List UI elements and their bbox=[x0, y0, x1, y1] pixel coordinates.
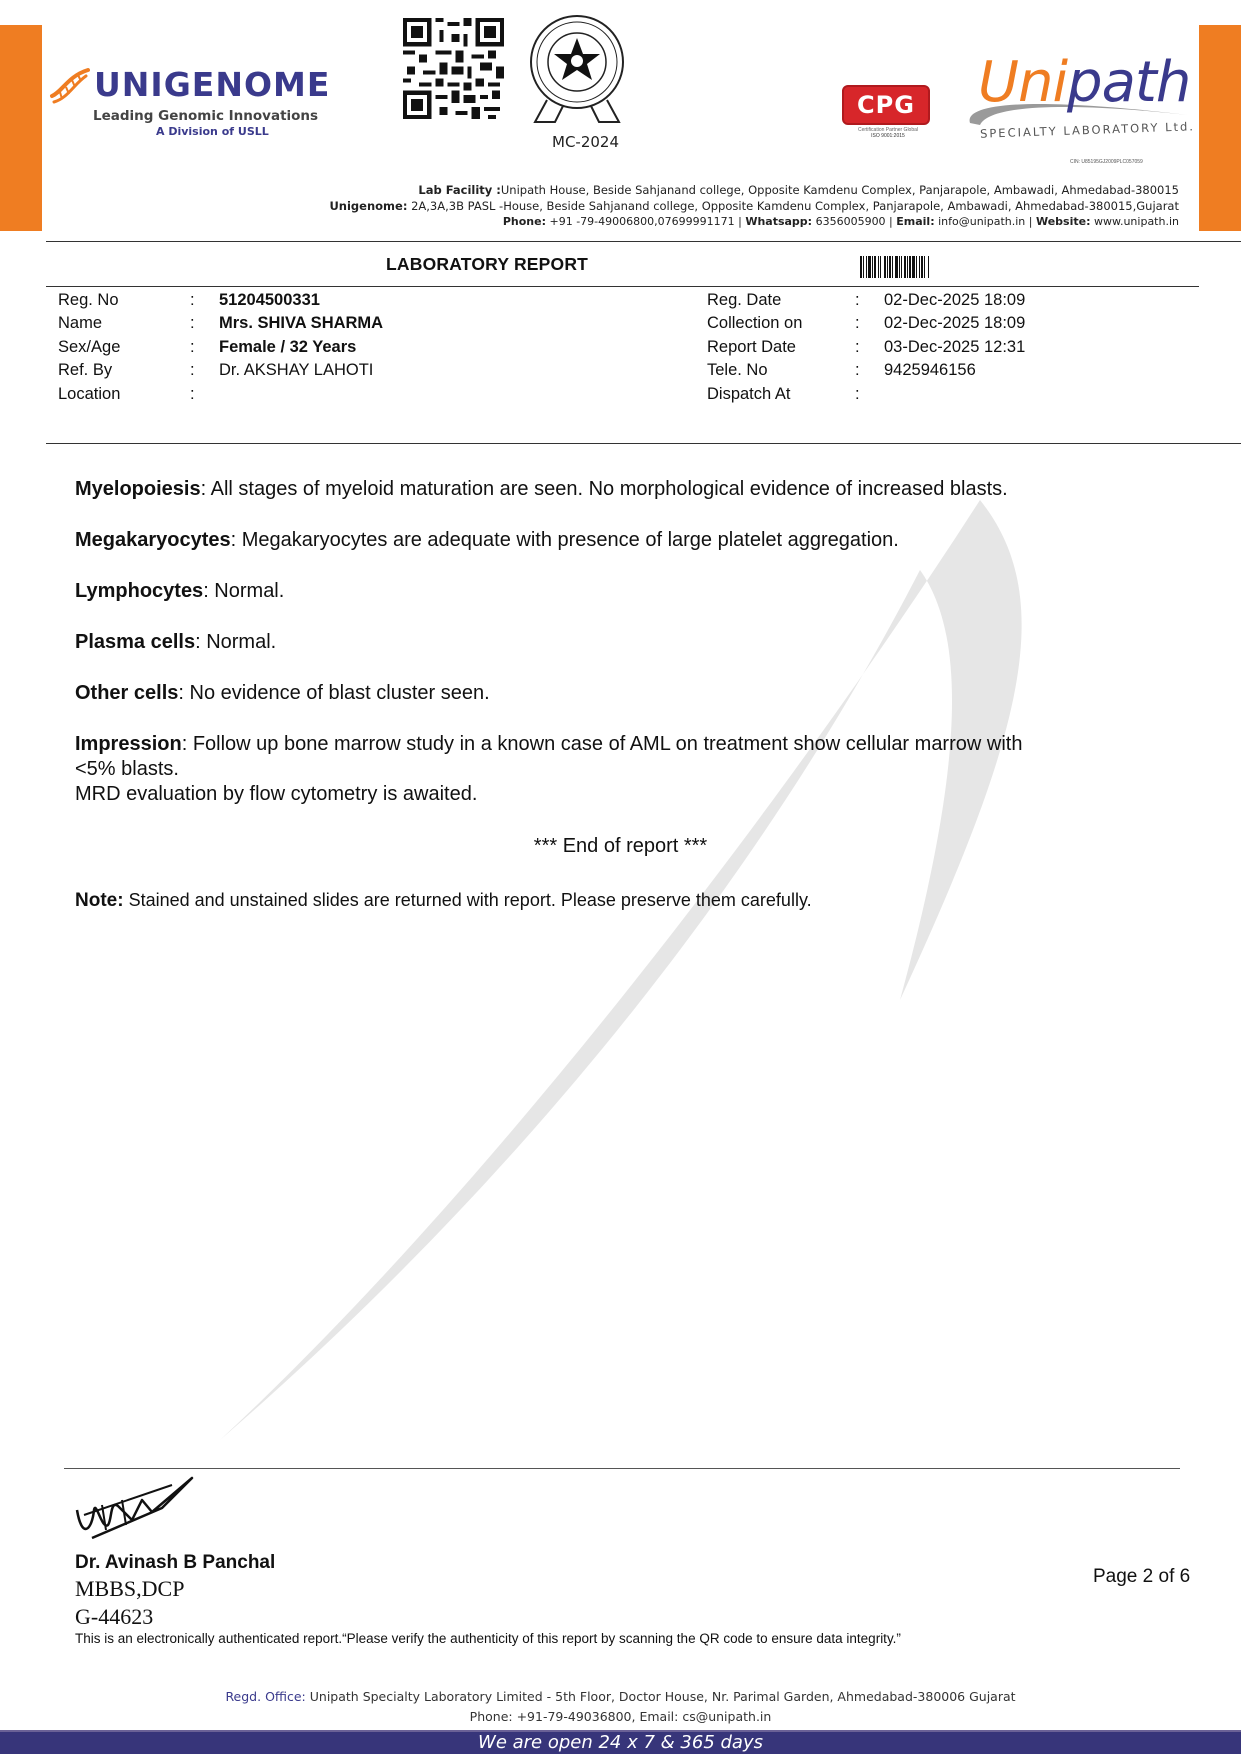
website-label: Website: bbox=[1036, 215, 1091, 228]
report-title: LABORATORY REPORT bbox=[386, 254, 588, 275]
impression-line2: <5% blasts. bbox=[75, 757, 179, 782]
footer-contact: Phone: +91-79-49036800, Email: cs@unipat… bbox=[0, 1709, 1241, 1724]
signatory-registration: G-44623 bbox=[75, 1604, 153, 1630]
cpg-logo: CPG Certification Partner Global ISO 900… bbox=[842, 85, 934, 139]
info-colon: : bbox=[855, 361, 860, 380]
unigenome-division: A Division of USLL bbox=[156, 125, 348, 138]
barcode-icon bbox=[860, 256, 978, 278]
divider bbox=[46, 443, 1241, 444]
note-text: Stained and unstained slides are returne… bbox=[124, 890, 812, 910]
accreditation-seal-icon bbox=[525, 12, 630, 127]
left-orange-band bbox=[0, 25, 42, 231]
info-value: Dr. AKSHAY LAHOTI bbox=[219, 361, 373, 380]
info-value: Mrs. SHIVA SHARMA bbox=[219, 314, 383, 333]
info-label: Location bbox=[58, 385, 120, 404]
impression-text: : Follow up bone marrow study in a known… bbox=[182, 733, 1023, 755]
info-colon: : bbox=[190, 314, 195, 333]
signatory-degree: MBBS,DCP bbox=[75, 1576, 184, 1602]
banner-text: We are open 24 x 7 & 365 days bbox=[0, 1732, 1241, 1754]
info-colon: : bbox=[190, 361, 195, 380]
info-label: Report Date bbox=[707, 338, 796, 357]
divider bbox=[46, 241, 1241, 242]
finding-label: Myelopoiesis bbox=[75, 478, 201, 500]
finding-label: Lymphocytes bbox=[75, 580, 203, 602]
cpg-label: CPG bbox=[842, 85, 930, 125]
finding-text: : Normal. bbox=[195, 631, 276, 653]
info-label: Reg. No bbox=[58, 291, 119, 310]
info-colon: : bbox=[855, 314, 860, 333]
info-colon: : bbox=[190, 338, 195, 357]
unipath-uni: Uni bbox=[978, 50, 1067, 115]
registered-office: Regd. Office: Unipath Specialty Laborato… bbox=[0, 1689, 1241, 1704]
info-label: Sex/Age bbox=[58, 338, 120, 357]
signatory-name: Dr. Avinash B Panchal bbox=[75, 1552, 275, 1574]
unigenome-logo: UNIGENOME Leading Genomic Innovations A … bbox=[48, 62, 348, 138]
signature-icon bbox=[72, 1470, 202, 1550]
authentication-note: This is an electronically authenticated … bbox=[75, 1631, 901, 1646]
unigenome-address: 2A,3A,3B PASL -House, Beside Sahjanand c… bbox=[407, 199, 1179, 213]
finding-label: Other cells bbox=[75, 682, 178, 704]
finding-label: Plasma cells bbox=[75, 631, 195, 653]
info-colon: : bbox=[190, 291, 195, 310]
signature-divider bbox=[64, 1468, 1180, 1469]
unigenome-address-label: Unigenome: bbox=[329, 199, 407, 213]
note: Note: Stained and unstained slides are r… bbox=[75, 890, 812, 912]
accreditation-code: MC-2024 bbox=[552, 133, 619, 151]
info-value: 9425946156 bbox=[884, 361, 976, 380]
unigenome-brand: UNIGENOME bbox=[94, 68, 330, 101]
right-orange-band bbox=[1199, 25, 1241, 231]
info-colon: : bbox=[855, 385, 860, 404]
info-label: Ref. By bbox=[58, 361, 112, 380]
dna-icon bbox=[48, 62, 92, 106]
info-value: 51204500331 bbox=[219, 291, 320, 310]
bottom-banner: We are open 24 x 7 & 365 days bbox=[0, 1730, 1241, 1754]
finding-megakaryocytes: Megakaryocytes: Megakaryocytes are adequ… bbox=[75, 528, 899, 553]
impression-line3: MRD evaluation by flow cytometry is awai… bbox=[75, 782, 477, 807]
info-colon: : bbox=[855, 338, 860, 357]
info-colon: : bbox=[190, 385, 195, 404]
end-of-report: *** End of report *** bbox=[0, 835, 1241, 858]
finding-plasma-cells: Plasma cells: Normal. bbox=[75, 630, 276, 655]
unipath-logo: Unipath SPECIALTY LABORATORY Ltd. CIN: U… bbox=[960, 55, 1190, 170]
info-colon: : bbox=[855, 291, 860, 310]
whatsapp-label: Whatsapp: bbox=[745, 215, 812, 228]
info-value: 03-Dec-2025 12:31 bbox=[884, 338, 1025, 357]
divider bbox=[46, 286, 1199, 287]
info-label: Name bbox=[58, 314, 102, 333]
email-link[interactable]: info@unipath.in | bbox=[935, 215, 1036, 228]
phone-value: +91 -79-49006800,07699991171 | bbox=[546, 215, 745, 228]
cpg-iso: ISO 9001:2015 bbox=[842, 133, 934, 139]
watermark-swoosh-icon bbox=[200, 480, 1060, 1460]
phone-label: Phone: bbox=[503, 215, 546, 228]
finding-lymphocytes: Lymphocytes: Normal. bbox=[75, 579, 284, 604]
info-value: 02-Dec-2025 18:09 bbox=[884, 314, 1025, 333]
regd-label: Regd. Office: bbox=[225, 1689, 305, 1704]
unipath-path: path bbox=[1067, 50, 1190, 115]
unipath-cin: CIN: U85195GJ2009PLC057059 bbox=[1070, 159, 1143, 165]
finding-myelopoiesis: Myelopoiesis: All stages of myeloid matu… bbox=[75, 477, 1008, 502]
info-label: Tele. No bbox=[707, 361, 768, 380]
email-label: Email: bbox=[896, 215, 934, 228]
website-link[interactable]: www.unipath.in bbox=[1090, 215, 1179, 228]
lab-facility-address: Unipath House, Beside Sahjanand college,… bbox=[501, 183, 1179, 197]
impression: Impression: Follow up bone marrow study … bbox=[75, 732, 1022, 757]
note-label: Note: bbox=[75, 890, 124, 911]
finding-other-cells: Other cells: No evidence of blast cluste… bbox=[75, 681, 490, 706]
lab-facility-label: Lab Facility : bbox=[418, 183, 501, 197]
finding-text: : Normal. bbox=[203, 580, 284, 602]
address-block: Lab Facility :Unipath House, Beside Sahj… bbox=[329, 183, 1179, 230]
info-label: Dispatch At bbox=[707, 385, 790, 404]
whatsapp-value: 6356005900 | bbox=[812, 215, 896, 228]
finding-text: : Megakaryocytes are adequate with prese… bbox=[231, 529, 899, 551]
info-value: Female / 32 Years bbox=[219, 338, 356, 357]
page-number: Page 2 of 6 bbox=[1093, 1566, 1190, 1588]
qr-code-icon[interactable] bbox=[403, 18, 504, 119]
finding-label: Megakaryocytes bbox=[75, 529, 231, 551]
info-label: Collection on bbox=[707, 314, 802, 333]
impression-label: Impression bbox=[75, 733, 182, 755]
finding-text: : All stages of myeloid maturation are s… bbox=[201, 478, 1008, 500]
info-label: Reg. Date bbox=[707, 291, 781, 310]
unigenome-tagline: Leading Genomic Innovations bbox=[93, 108, 348, 124]
finding-text: : No evidence of blast cluster seen. bbox=[178, 682, 489, 704]
regd-address: Unipath Specialty Laboratory Limited - 5… bbox=[306, 1689, 1016, 1704]
info-value: 02-Dec-2025 18:09 bbox=[884, 291, 1025, 310]
